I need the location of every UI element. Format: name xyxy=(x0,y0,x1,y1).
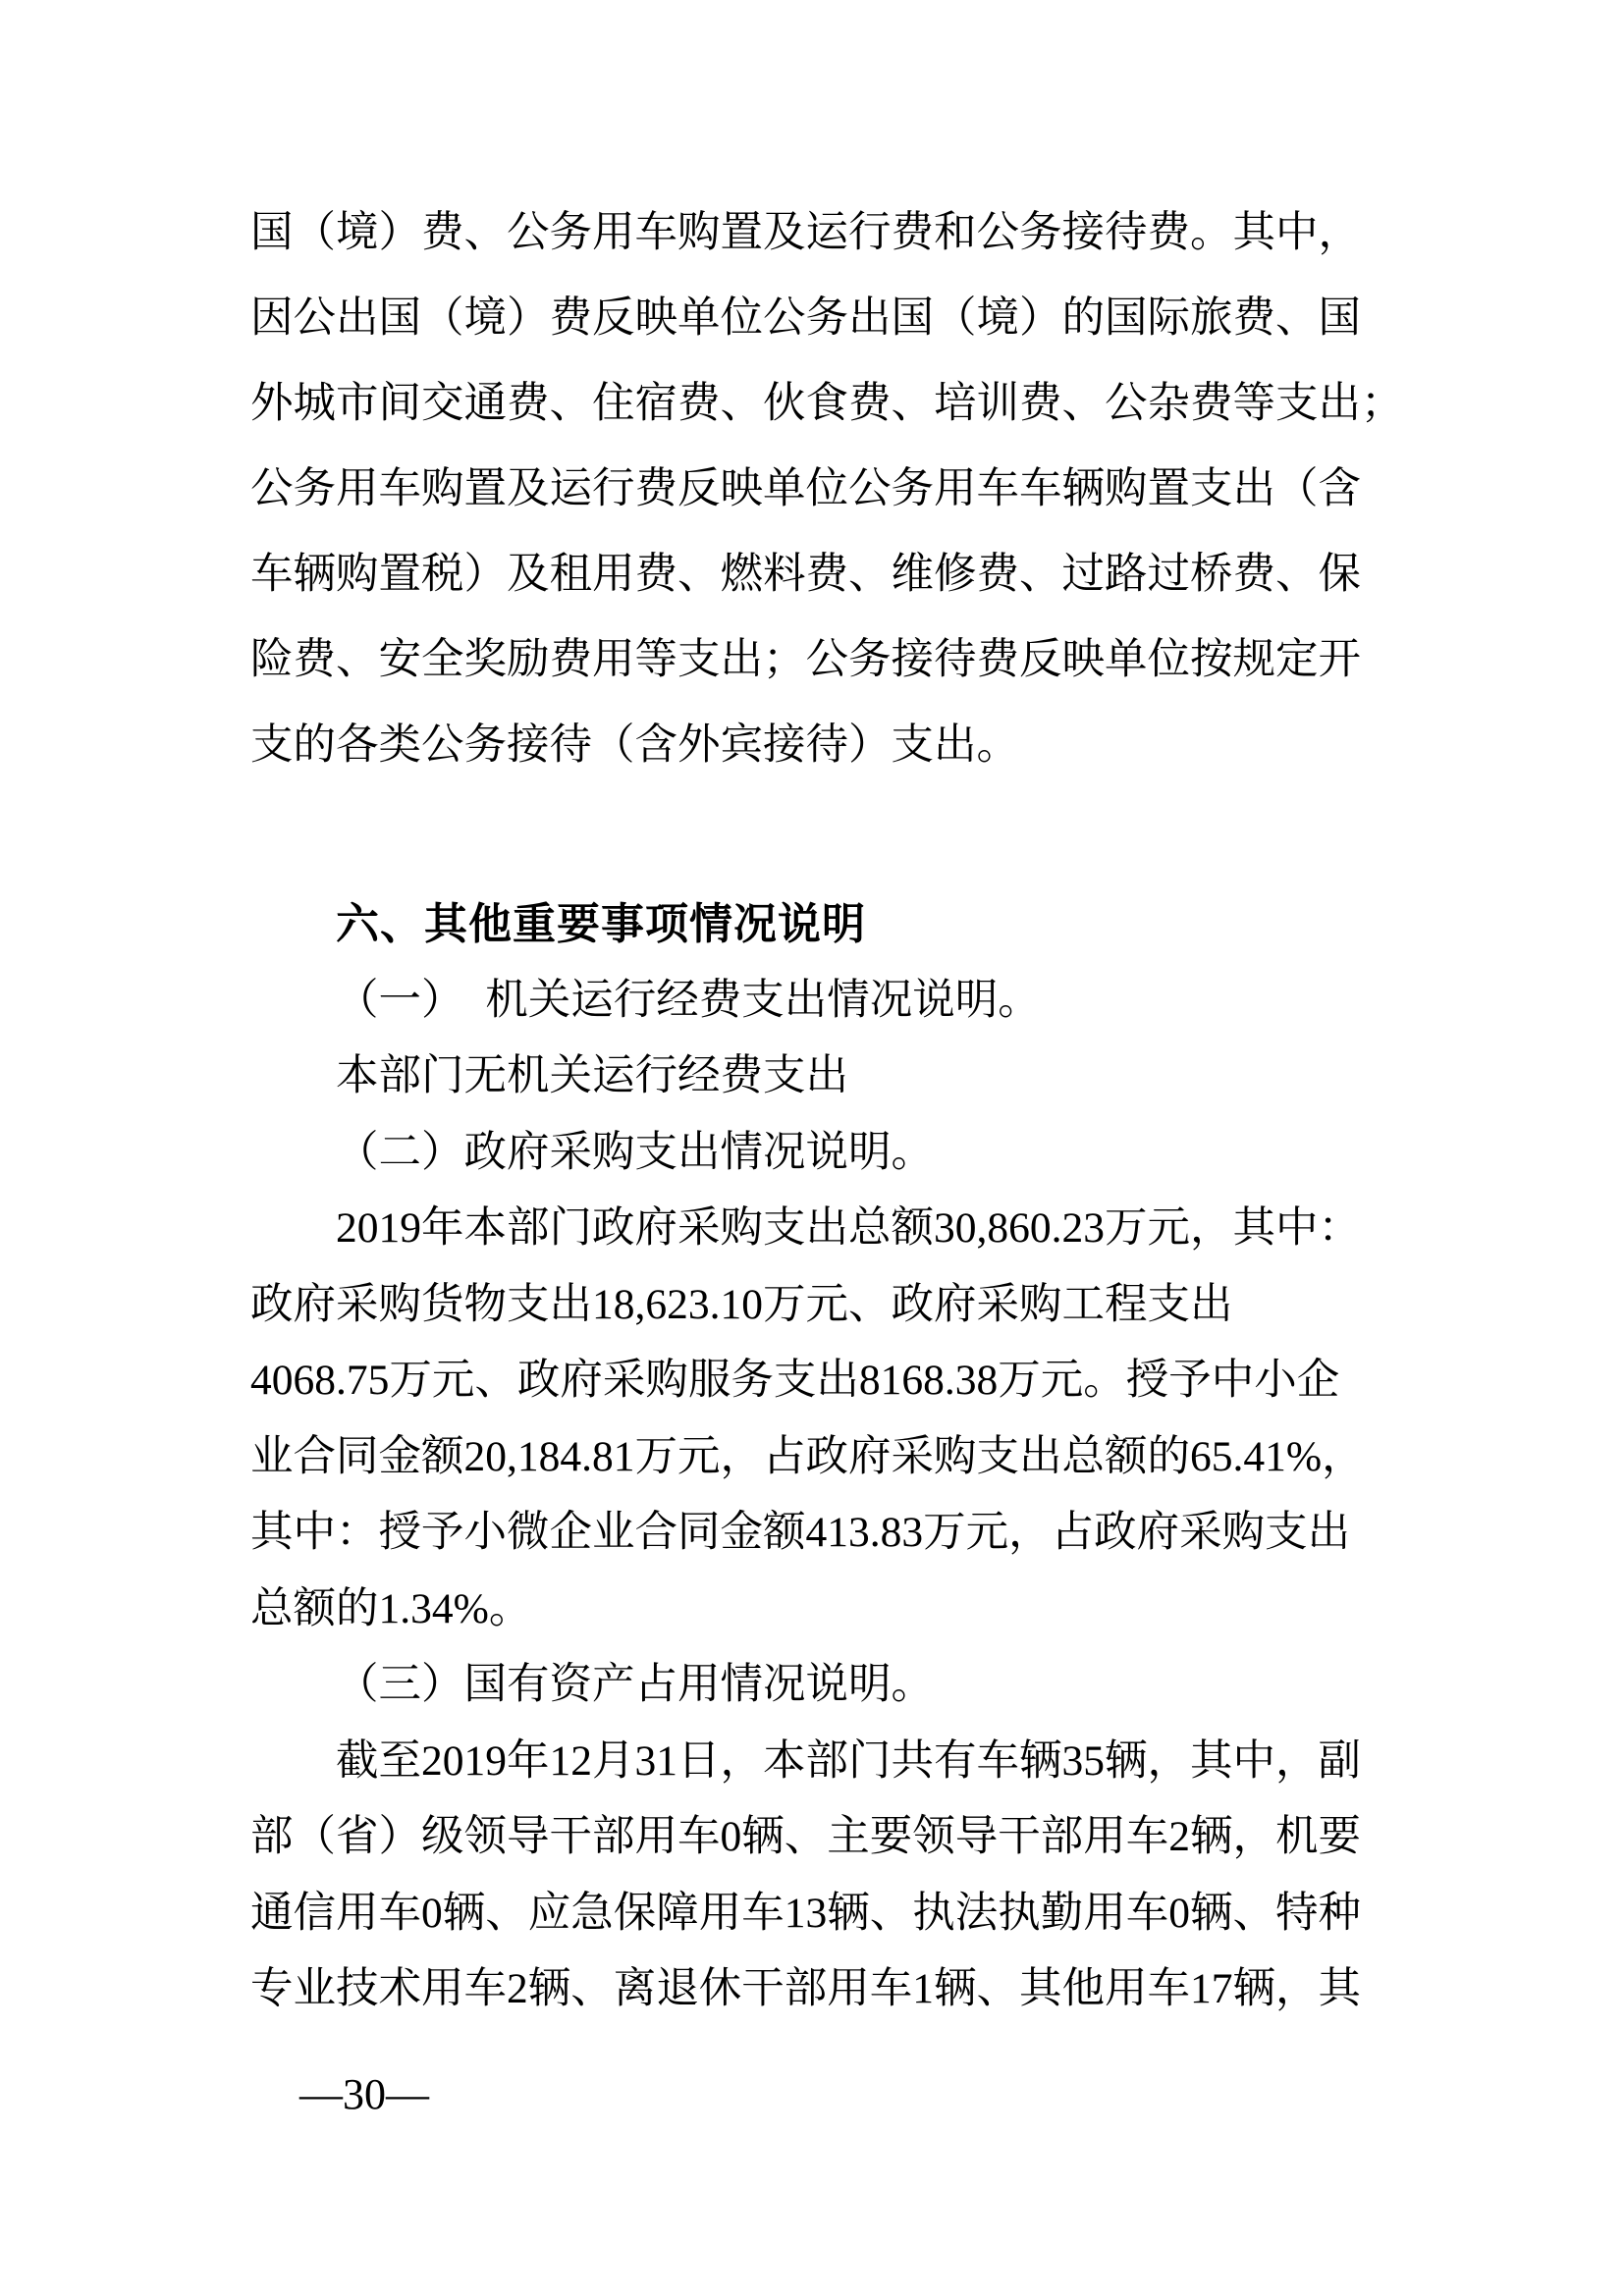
text-line: 其中：授予小微企业合同金额413.83万元，占政府采购支出 xyxy=(250,1495,1488,1572)
text-line: 业合同金额20,184.81万元，占政府采购支出总额的65.41%， xyxy=(250,1419,1488,1496)
text-line: 支的各类公务接待（含外宾接待）支出。 xyxy=(250,703,1488,788)
text-line: 因公出国（境）费反映单位公务出国（境）的国际旅费、国 xyxy=(250,276,1488,361)
text-line: 专业技术用车2辆、离退休干部用车1辆、其他用车17辆，其 xyxy=(250,1951,1488,2028)
text-line: 截至2019年12月31日，本部门共有车辆35辆，其中，副 xyxy=(250,1724,1488,1800)
section-other-important-matters: 六、其他重要事项情况说明 （一） 机关运行经费支出情况说明。 本部门无机关运行经… xyxy=(250,886,1488,2028)
text-line: 车辆购置税）及租用费、燃料费、维修费、过路过桥费、保 xyxy=(250,532,1488,617)
text-line: 通信用车0辆、应急保障用车13辆、执法执勤用车0辆、特种 xyxy=(250,1876,1488,1952)
document-page: 国（境）费、公务用车购置及运行费和公务接待费。其中， 因公出国（境）费反映单位公… xyxy=(0,0,1624,2296)
text-line: （二）政府采购支出情况说明。 xyxy=(250,1115,1488,1192)
text-line: 部（省）级领导干部用车0辆、主要领导干部用车2辆，机要 xyxy=(250,1799,1488,1876)
text-line: （三）国有资产占用情况说明。 xyxy=(250,1647,1488,1724)
text-line: 2019年本部门政府采购支出总额30,860.23万元，其中： xyxy=(250,1191,1488,1267)
text-line: 4068.75万元、政府采购服务支出8168.38万元。授予中小企 xyxy=(250,1343,1488,1419)
section-heading: 六、其他重要事项情况说明 xyxy=(250,886,1488,963)
text-line: 总额的1.34%。 xyxy=(250,1572,1488,1648)
text-line: （一） 机关运行经费支出情况说明。 xyxy=(250,963,1488,1040)
text-line: 本部门无机关运行经费支出 xyxy=(250,1039,1488,1115)
text-line: 外城市间交通费、住宿费、伙食费、培训费、公杂费等支出； xyxy=(250,361,1488,447)
continued-paragraph: 国（境）费、公务用车购置及运行费和公务接待费。其中， 因公出国（境）费反映单位公… xyxy=(250,190,1488,788)
text-line: 险费、安全奖励费用等支出；公务接待费反映单位按规定开 xyxy=(250,617,1488,703)
text-line: 公务用车购置及运行费反映单位公务用车车辆购置支出（含 xyxy=(250,447,1488,532)
text-line: 政府采购货物支出18,623.10万元、政府采购工程支出 xyxy=(250,1267,1488,1344)
text-line: 国（境）费、公务用车购置及运行费和公务接待费。其中， xyxy=(250,190,1488,276)
page-number: —30— xyxy=(299,2073,429,2116)
